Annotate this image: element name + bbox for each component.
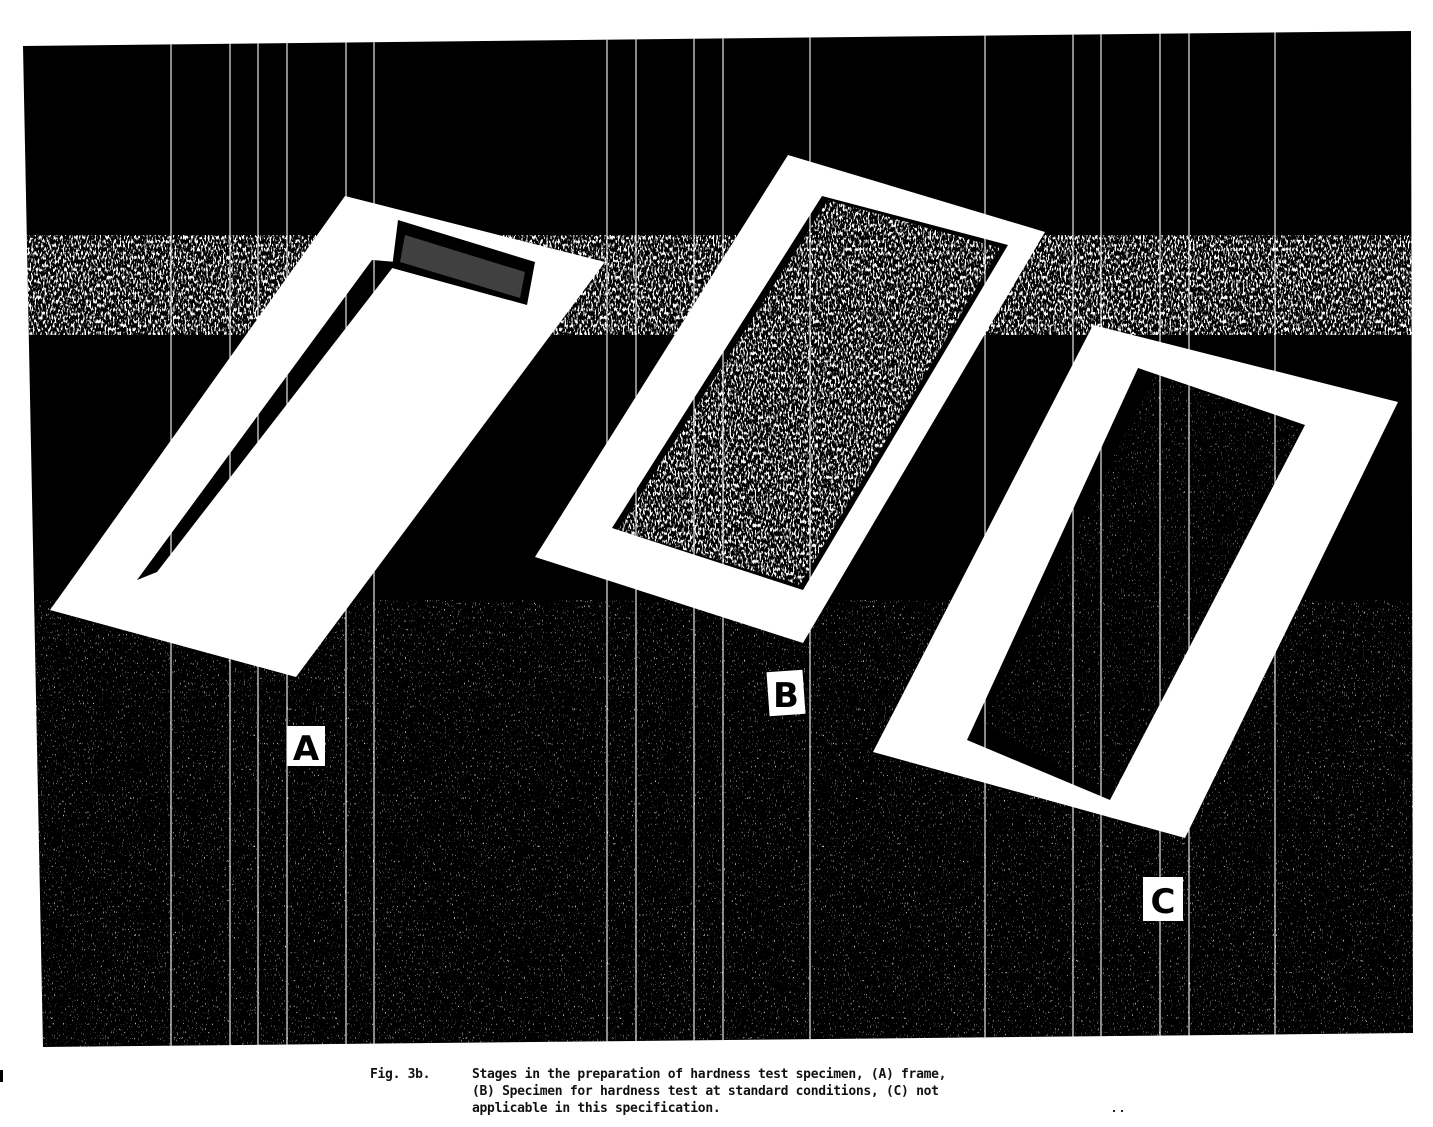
stray-dots [1113, 1110, 1125, 1113]
caption-line-3: applicable in this specification. [472, 1100, 1112, 1117]
label-c: C [1143, 877, 1183, 922]
label-b: B [767, 670, 806, 716]
specimen-photograph: A B C [0, 0, 1433, 1060]
caption-body: Stages in the preparation of hardness te… [472, 1066, 1112, 1117]
svg-text:B: B [773, 676, 799, 716]
caption-line-2: (B) Specimen for hardness test at standa… [472, 1083, 1112, 1100]
figure-number: Fig. 3b. [370, 1066, 430, 1083]
label-a: A [287, 726, 325, 769]
caption-line-1: Stages in the preparation of hardness te… [472, 1066, 1112, 1083]
svg-text:A: A [293, 729, 320, 769]
svg-text:C: C [1151, 882, 1176, 922]
margin-mark [0, 1070, 3, 1082]
